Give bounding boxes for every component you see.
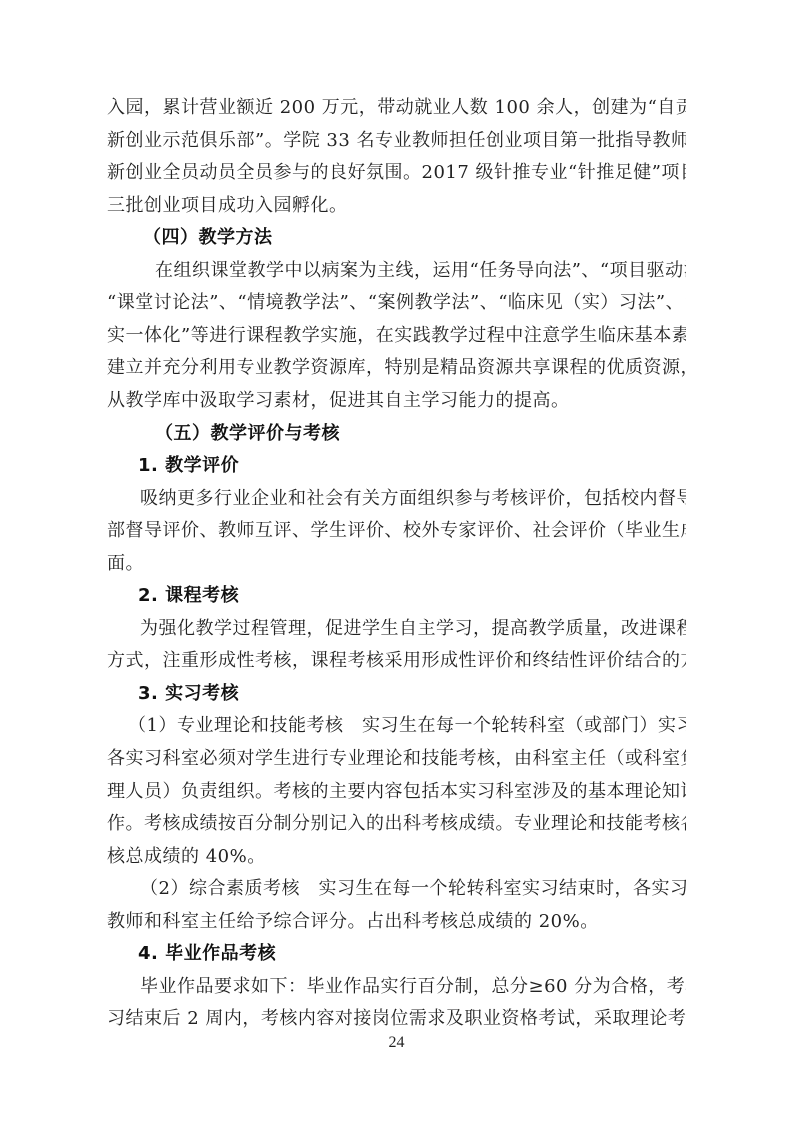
paragraph-line: 各实习科室必须对学生进行专业理论和技能考核，由科室主任（或科室负责教学管 xyxy=(107,743,686,775)
paragraph-line: 入园，累计营业额近 200 万元，带动就业人数 100 余人，创建为“自贡市大学… xyxy=(107,92,686,124)
paragraph-line: 习结束后 2 周内，考核内容对接岗位需求及职业资格考试，采取理论考试的形式。 xyxy=(107,1003,686,1035)
paragraph-line: 核总成绩的 40%。 xyxy=(107,841,686,873)
paragraph-line: “课堂讨论法”、“情境教学法”、“案例教学法”、“临床见（实）习法”、“理 xyxy=(107,287,686,319)
page-number: 24 xyxy=(0,1034,793,1052)
paragraph-line: 作。考核成绩按百分制分别记入的出科考核成绩。专业理论和技能考核各占出科考 xyxy=(107,808,686,840)
section-heading: 1. 教学评价 xyxy=(138,450,686,482)
paragraph-line: 理人员）负责组织。考核的主要内容包括本实习科室涉及的基本理论知识、常规操 xyxy=(107,776,686,808)
paragraph-line: 三批创业项目成功入园孵化。 xyxy=(107,190,686,222)
paragraph-line: 实一体化”等进行课程教学实施，在实践教学过程中注意学生临床基本素质的养成。 xyxy=(107,320,686,352)
paragraph-line: 毕业作品要求如下：毕业作品实行百分制，总分≥60 分为合格，考核时间为实 xyxy=(140,971,686,1003)
paragraph-line: 新创业全员动员全员参与的良好氛围。2017 级针推专业“针推足健”项目已作为第 xyxy=(107,157,686,189)
paragraph-line: 从教学库中汲取学习素材，促进其自主学习能力的提高。 xyxy=(107,385,686,417)
paragraph-line: 在组织课堂教学中以病案为主线，运用“任务导向法”、“项目驱动法”、 xyxy=(155,255,686,287)
section-heading: 3. 实习考核 xyxy=(138,678,686,710)
document-page: 入园，累计营业额近 200 万元，带动就业人数 100 余人，创建为“自贡市大学… xyxy=(0,0,793,1122)
section-heading: 2. 课程考核 xyxy=(138,580,686,612)
paragraph-line: （2）综合素质考核 实习生在每一个轮转科室实习结束时，各实习科室的带教 xyxy=(140,873,686,905)
paragraph-line: 建立并充分利用专业教学资源库，特别是精品资源共享课程的优质资源，要求学生 xyxy=(107,352,686,384)
section-heading: （四）教学方法 xyxy=(143,222,686,254)
section-heading: 4. 毕业作品考核 xyxy=(138,938,686,970)
paragraph-line: 面。 xyxy=(107,548,686,580)
paragraph-line: 部督导评价、教师互评、学生评价、校外专家评价、社会评价（毕业生成就）多方 xyxy=(107,515,686,547)
paragraph-line: 吸纳更多行业企业和社会有关方面组织参与考核评价，包括校内督导评价、系 xyxy=(140,483,686,515)
paragraph-line: 为强化教学过程管理，促进学生自主学习，提高教学质量，改进课程考核方法 xyxy=(140,613,686,645)
paragraph-line: （1）专业理论和技能考核 实习生在每一个轮转科室（或部门）实习结束时， xyxy=(128,710,686,742)
paragraph-line: 教师和科室主任给予综合评分。占出科考核总成绩的 20%。 xyxy=(107,906,686,938)
paragraph-line: 新创业示范俱乐部”。学院 33 名专业教师担任创业项目第一批指导教师，形成了创 xyxy=(107,125,686,157)
paragraph-line: 方式，注重形成性考核，课程考核采用形成性评价和终结性评价结合的方式。 xyxy=(107,645,686,677)
section-heading: （五）教学评价与考核 xyxy=(155,418,686,450)
